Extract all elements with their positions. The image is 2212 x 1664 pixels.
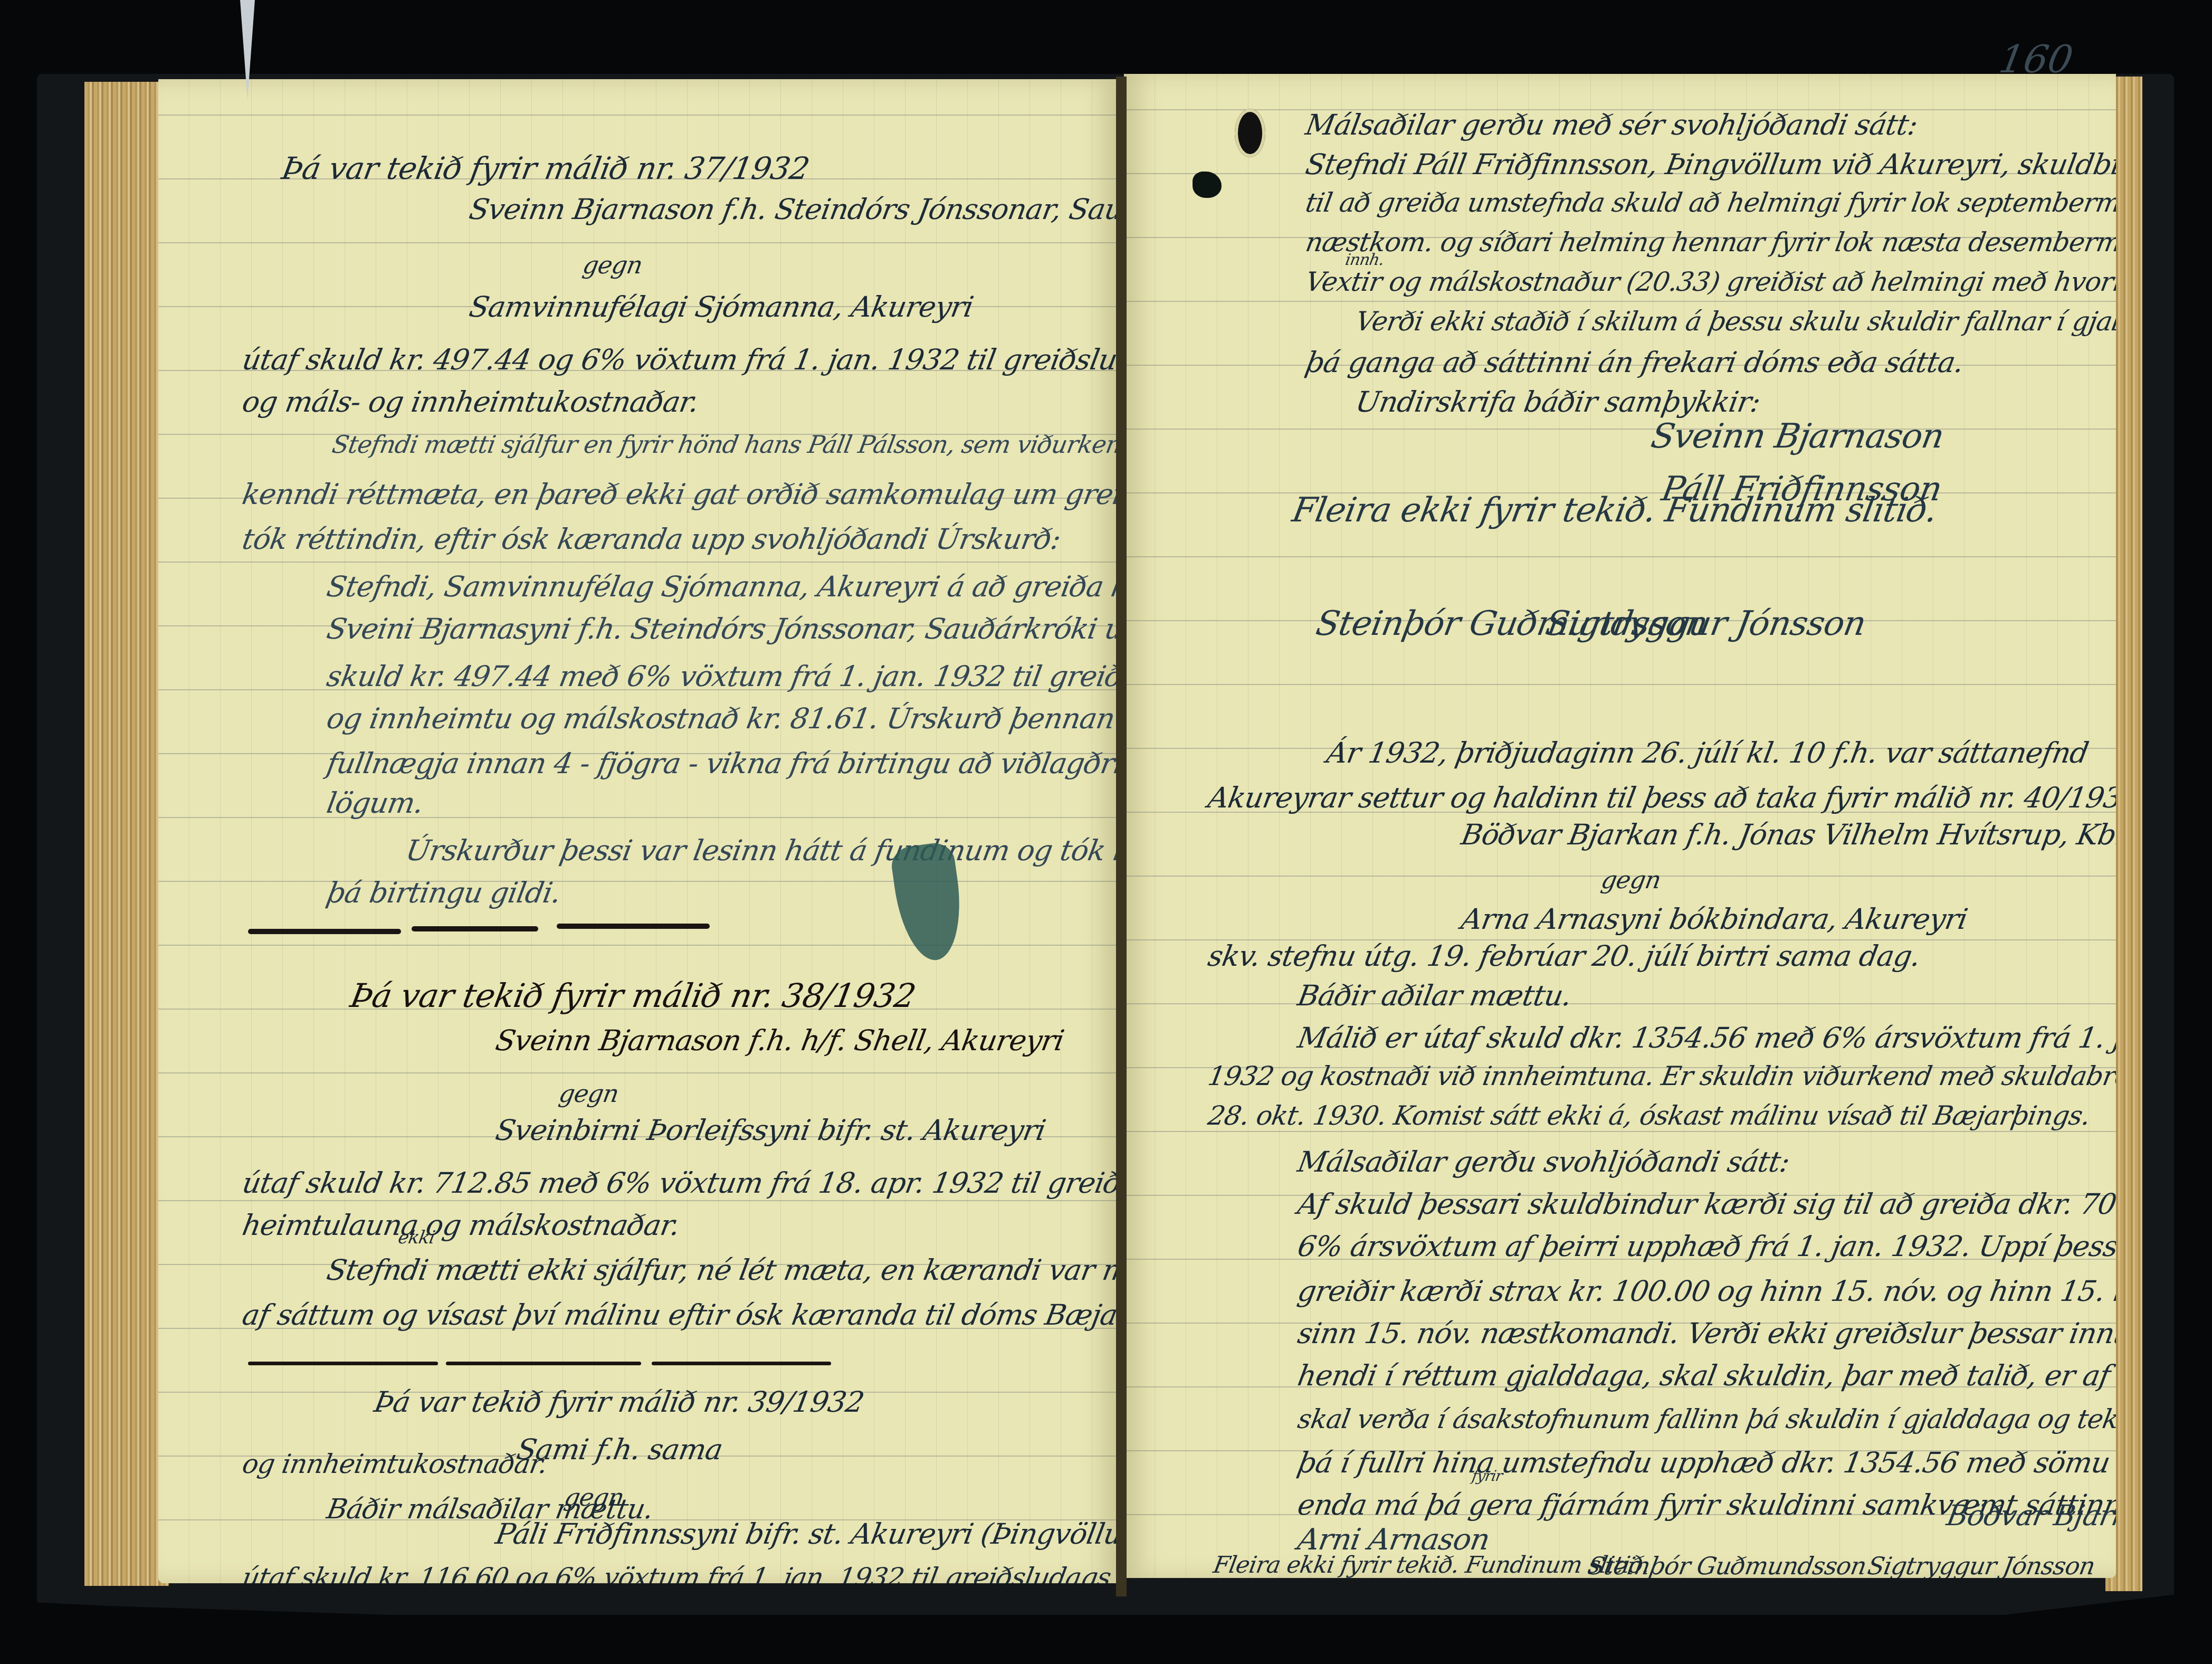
section-divider (248, 929, 401, 934)
case-40-insertion: fyrir (1471, 1467, 1504, 1485)
left-page: Þá var tekið fyrir málið nr. 37/1932 Sve… (158, 79, 1119, 1583)
case-40-plaintiff: Böðvar Bjarkan f.h. Jónas Vilhelm Hvítsr… (1458, 818, 2116, 851)
section-divider (412, 926, 538, 931)
case-40-line: Málsaðilar gerðu svohljóðandi sátt: (1295, 1145, 1792, 1178)
case-37-defendant: Samvinnufélagi Sjómanna, Akureyri (466, 290, 976, 324)
case-37-line: fullnægja innan 4 - fjögra - vikna frá b… (324, 747, 1119, 780)
official-signature: Sigtryggur Jónsson (1542, 604, 1868, 643)
case-37-line: Stefndi mætti sjálfur en fyrir hönd hans… (330, 430, 1119, 459)
paper-knife-icon (240, 0, 255, 100)
case-39-heading: Þá var tekið fyrir málið nr. 39/1932 (371, 1385, 866, 1419)
official-signature: Sigtryggur Jónsson (1865, 1552, 2097, 1578)
case-38-line: útaf skuld kr. 712.85 með 6% vöxtum frá … (240, 1166, 1119, 1200)
case-39-line: Báðir málsaðilar mættu. (325, 1494, 656, 1525)
official-signature: Steinþór Guðmundsson (1586, 1552, 1868, 1578)
case-37-heading: Þá var tekið fyrir málið nr. 37/1932 (279, 150, 812, 186)
case-40-line: 1932 og kostnaði við innheimtuna. Er sku… (1206, 1061, 2116, 1091)
page-number: 160 (1996, 37, 2076, 81)
case-37-line: útaf skuld kr. 497.44 og 6% vöxtum frá 1… (240, 343, 1119, 376)
case-38-insertion: ekki (396, 1227, 436, 1248)
section-divider (248, 1362, 438, 1365)
case-37-line: skuld kr. 497.44 með 6% vöxtum frá 1. ja… (324, 660, 1119, 693)
settlement-line: Stefndi Páll Friðfinnsson, Þingvöllum vi… (1303, 148, 2116, 181)
case-37-line: lögum. (324, 786, 426, 820)
case-40-defendant: Arna Arnasyni bókbindara, Akureyri (1458, 902, 1970, 936)
case-38-line: Stefndi mætti ekki sjálfur, né lét mæta,… (324, 1253, 1119, 1287)
case-37-versus: gegn (580, 251, 644, 279)
case-40-versus: gegn (1599, 866, 1663, 894)
case-38-line: heimtulauna og málskostnaðar. (240, 1209, 682, 1242)
case-40-line: skv. stefnu útg. 19. febrúar 20. júlí bi… (1205, 939, 1923, 973)
case-38-versus: gegn (557, 1079, 621, 1108)
case-37-line: kenndi réttmæta, en þareð ekki gat orðið… (240, 478, 1119, 511)
book-spine (1116, 77, 1127, 1596)
case-37-plaintiff: Sveinn Bjarnason f.h. Steindórs Jónssona… (466, 193, 1119, 226)
case-37-line: og máls- og innheimtukostnaðar. (240, 385, 701, 419)
settlement-line: Verði ekki staðið í skilum á þessu skulu… (1353, 306, 2116, 337)
case-39-line: útaf skuld kr. 116.60 og 6% vöxtum frá 1… (240, 1562, 1119, 1583)
settlement-line: til að greiða umstefnda skuld að helming… (1303, 187, 2116, 218)
page-edges-left (84, 82, 169, 1586)
case-39-line: og innheimtukostnaðar. (240, 1449, 550, 1479)
case-37-line: Úrskurður þessi var lesinn hátt á fundin… (403, 834, 1119, 867)
section-divider (557, 924, 710, 929)
closing-statement: Fleira ekki fyrir tekið. Fundinum slitið… (1289, 491, 1940, 530)
settlement-line: Vextir og málskostnaður (20.33) greiðist… (1303, 267, 2116, 297)
signature: Böðvar Bjarkan (1944, 1499, 2116, 1532)
settlement-line: Undirskrifa báðir samþykkir: (1353, 385, 1762, 419)
case-40-line: skal verða í ásakstofnunum fallinn þá sk… (1295, 1404, 2116, 1434)
case-38-line: af sáttum og vísast því málinu eftir ósk… (240, 1298, 1119, 1332)
case-40-intro: Ár 1932, þriðjudaginn 26. júlí kl. 10 f.… (1324, 736, 2091, 769)
case-37-line: og innheimtu og málskostnað kr. 81.61. Ú… (324, 702, 1119, 735)
case-40-line: Málið er útaf skuld dkr. 1354.56 með 6% … (1295, 1021, 2116, 1054)
ink-blot (1193, 172, 1222, 198)
case-40-intro: Akureyrar settur og haldinn til þess að … (1205, 781, 2116, 814)
right-page: Málsaðilar gerðu með sér svohljóðandi sá… (1124, 74, 2116, 1578)
case-40-line: 28. okt. 1930. Komist sátt ekki á, óskas… (1206, 1100, 2093, 1131)
settlement-line: Málsaðilar gerðu með sér svohljóðandi sá… (1303, 108, 1920, 141)
punch-hole-icon (1235, 109, 1265, 157)
case-40-line: 6% ársvöxtum af þeirri upphæð frá 1. jan… (1295, 1230, 2116, 1263)
section-divider (652, 1362, 831, 1365)
section-divider (446, 1362, 641, 1365)
case-40-line: hendi í réttum gjalddaga, skal skuldin, … (1295, 1359, 2116, 1392)
signature: Sveinn Bjarnason (1648, 417, 1947, 456)
settlement-line: þá ganga að sáttinni án frekari dóms eða… (1303, 346, 1966, 379)
settlement-line: næstkom. og síðari helming hennar fyrir … (1303, 227, 2116, 258)
closing-statement: Fleira ekki fyrir tekið. Fundinum slitið… (1212, 1552, 1652, 1578)
case-40-line: greiðir kærði strax kr. 100.00 og hinn 1… (1295, 1275, 2116, 1308)
case-37-line: Sveini Bjarnasyni f.h. Steindórs Jónsson… (324, 612, 1119, 645)
case-40-line: þá í fullri hina umstefndu upphæð dkr. 1… (1295, 1446, 2116, 1479)
case-37-line: Stefndi, Samvinnufélag Sjómanna, Akureyr… (324, 570, 1119, 603)
case-37-line: þá birtingu gildi. (324, 876, 563, 909)
case-38-heading: Þá var tekið fyrir málið nr. 38/1932 (348, 976, 919, 1015)
case-40-line: sinn 15. nóv. næstkomandi. Verði ekki gr… (1295, 1317, 2116, 1350)
case-38-defendant: Sveinbirni Þorleifssyni bifr. st. Akurey… (493, 1114, 1048, 1147)
case-40-line: Báðir aðilar mættu. (1295, 979, 1574, 1012)
case-37-line: tók réttindin, eftir ósk kæranda upp svo… (240, 522, 1063, 556)
case-40-line: Af skuld þessari skuldbindur kærði sig t… (1295, 1187, 2116, 1221)
case-38-plaintiff: Sveinn Bjarnason f.h. h/f. Shell, Akurey… (493, 1024, 1066, 1057)
